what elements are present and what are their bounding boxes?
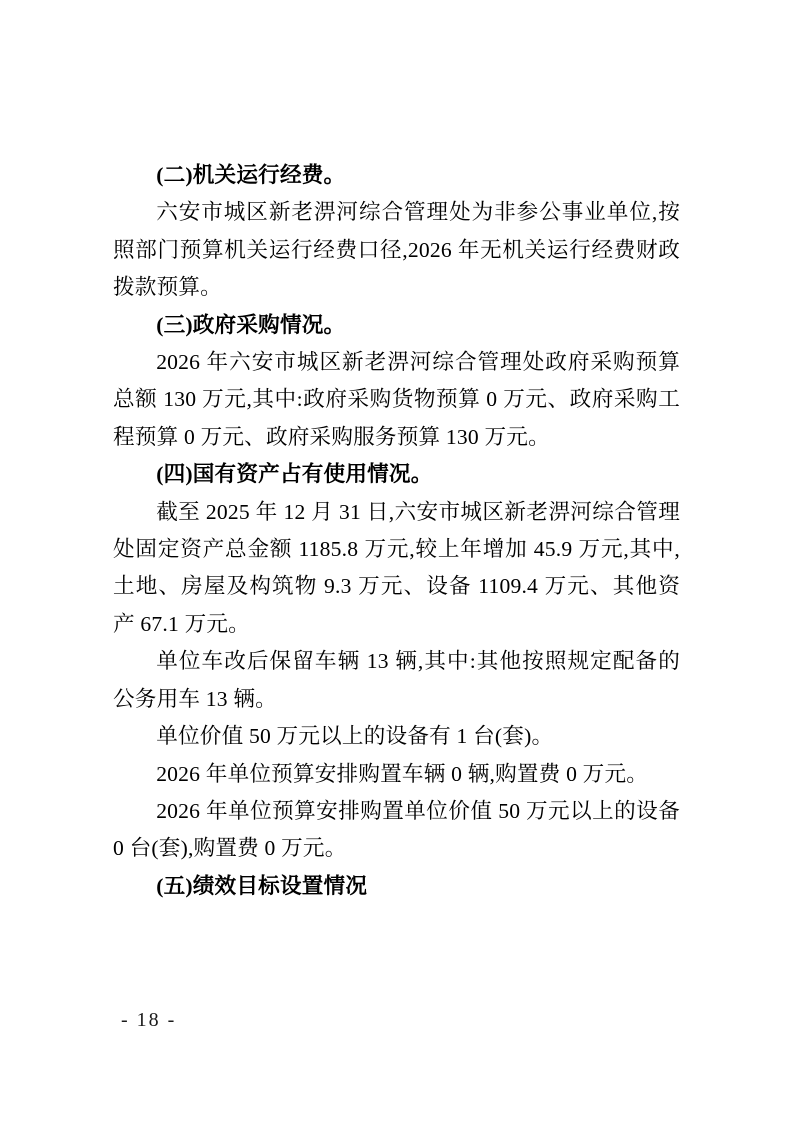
section-heading-4: (四)国有资产占有使用情况。 <box>113 456 680 493</box>
paragraph-equipment-over50: 单位价值 50 万元以上的设备有 1 台(套)。 <box>113 718 680 755</box>
section-heading-3: (三)政府采购情况。 <box>113 307 680 344</box>
page-number: - 18 - <box>121 1008 176 1032</box>
section-heading-5: (五)绩效目标设置情况 <box>113 868 680 905</box>
paragraph-vehicles: 单位车改后保留车辆 13 辆,其中:其他按照规定配备的公务用车 13 辆。 <box>113 643 680 718</box>
paragraph-vehicle-purchase: 2026 年单位预算安排购置车辆 0 辆,购置费 0 万元。 <box>113 756 680 793</box>
section-heading-2: (二)机关运行经费。 <box>113 157 680 194</box>
document-body: (二)机关运行经费。 六安市城区新老淠河综合管理处为非参公事业单位,按照部门预算… <box>113 157 680 905</box>
paragraph-state-assets: 截至 2025 年 12 月 31 日,六安市城区新老淠河综合管理处固定资产总金… <box>113 494 680 644</box>
document-page: (二)机关运行经费。 六安市城区新老淠河综合管理处为非参公事业单位,按照部门预算… <box>0 0 793 1122</box>
paragraph-operating-funds: 六安市城区新老淠河综合管理处为非参公事业单位,按照部门预算机关运行经费口径,20… <box>113 194 680 306</box>
paragraph-equip-purchase: 2026 年单位预算安排购置单位价值 50 万元以上的设备 0 台(套),购置费… <box>113 793 680 868</box>
paragraph-procurement: 2026 年六安市城区新老淠河综合管理处政府采购预算总额 130 万元,其中:政… <box>113 344 680 456</box>
